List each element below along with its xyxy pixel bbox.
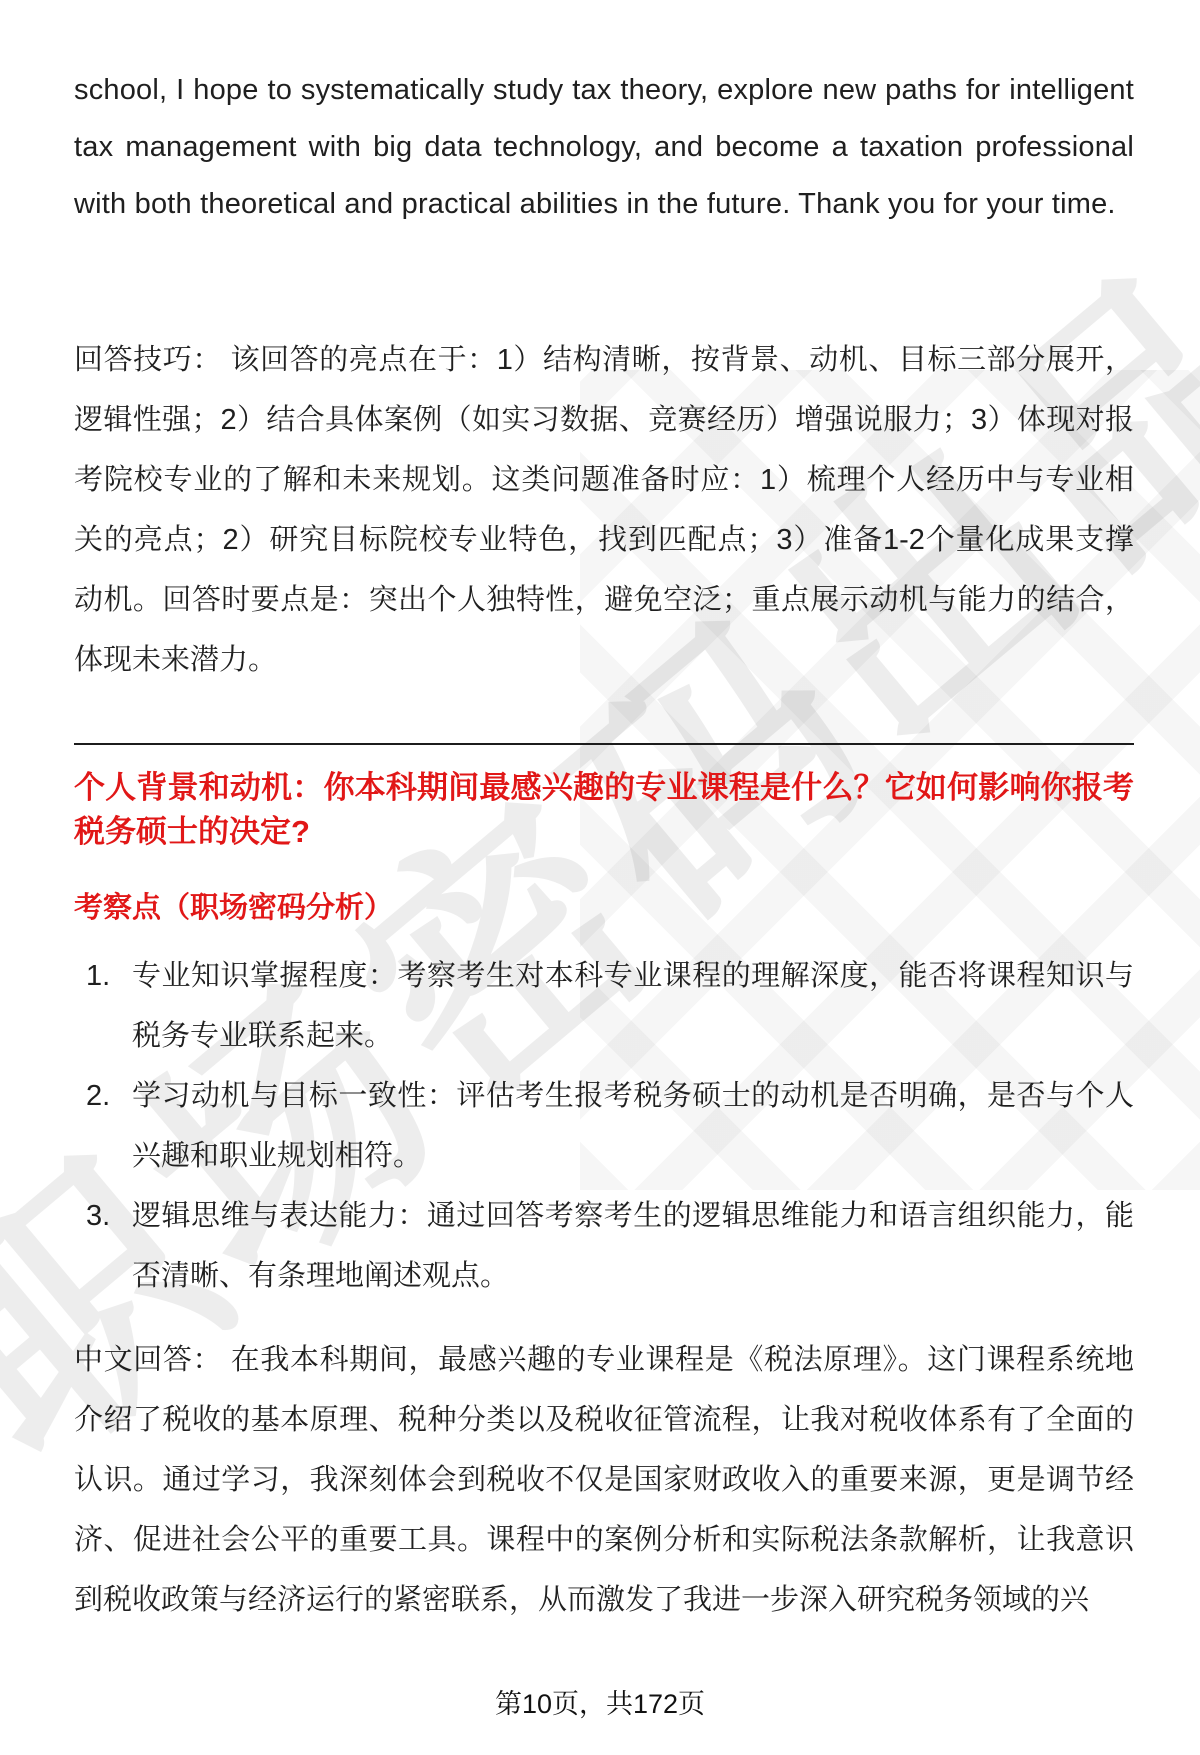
page-content: school, I hope to systematically study t… — [0, 0, 1200, 1755]
list-item: 2. 学习动机与目标一致性：评估考生报考税务硕士的动机是否明确，是否与个人兴趣和… — [74, 1066, 1134, 1186]
question-heading: 个人背景和动机：你本科期间最感兴趣的专业课程是什么？它如何影响你报考税务硕士的决… — [74, 766, 1134, 854]
list-item-text: 学习动机与目标一致性：评估考生报考税务硕士的动机是否明确，是否与个人兴趣和职业规… — [132, 1066, 1134, 1186]
list-item-number: 2. — [74, 1066, 132, 1126]
list-item-text: 逻辑思维与表达能力：通过回答考察考生的逻辑思维能力和语言组织能力，能否清晰、有条… — [132, 1186, 1134, 1306]
section-divider — [74, 743, 1134, 745]
list-item: 1. 专业知识掌握程度：考察考生对本科专业课程的理解深度，能否将课程知识与税务专… — [74, 946, 1134, 1066]
list-item-number: 3. — [74, 1186, 132, 1246]
list-item-text: 专业知识掌握程度：考察考生对本科专业课程的理解深度，能否将课程知识与税务专业联系… — [132, 946, 1134, 1066]
answer-tips-paragraph: 回答技巧： 该回答的亮点在于：1）结构清晰，按背景、动机、目标三部分展开，逻辑性… — [74, 330, 1134, 690]
chinese-answer-paragraph: 中文回答： 在我本科期间，最感兴趣的专业课程是《税法原理》。这门课程系统地介绍了… — [74, 1330, 1134, 1630]
document-page: 职场密码出品 school, I hope to systematically … — [0, 0, 1200, 1755]
list-item: 3. 逻辑思维与表达能力：通过回答考察考生的逻辑思维能力和语言组织能力，能否清晰… — [74, 1186, 1134, 1306]
english-answer-paragraph: school, I hope to systematically study t… — [74, 62, 1134, 233]
exam-points-list: 1. 专业知识掌握程度：考察考生对本科专业课程的理解深度，能否将课程知识与税务专… — [74, 946, 1134, 1306]
page-number: 第10页，共172页 — [0, 1682, 1200, 1721]
list-item-number: 1. — [74, 946, 132, 1006]
exam-points-heading: 考察点（职场密码分析） — [74, 888, 1134, 928]
